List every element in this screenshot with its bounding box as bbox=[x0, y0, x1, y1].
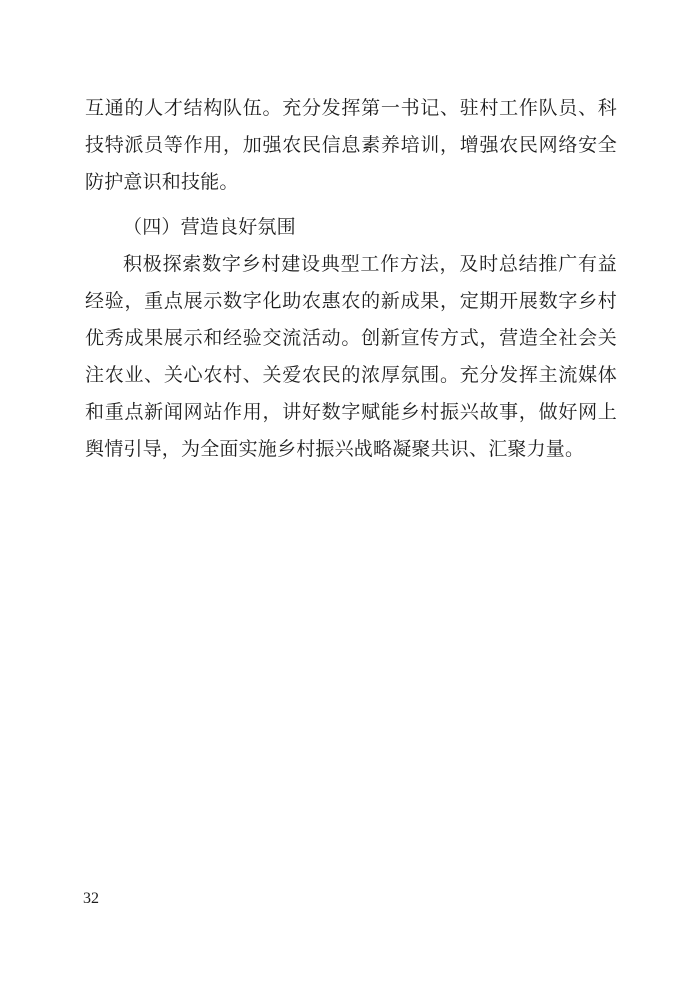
section-heading: （四）营造良好氛围 bbox=[85, 209, 617, 246]
paragraph-body: 积极探索数字乡村建设典型工作方法，及时总结推广有益经验，重点展示数字化助农惠农的… bbox=[85, 246, 617, 468]
document-page: 互通的人才结构队伍。充分发挥第一书记、驻村工作队员、科技特派员等作用，加强农民信… bbox=[0, 0, 700, 990]
text-block: 互通的人才结构队伍。充分发挥第一书记、驻村工作队员、科技特派员等作用，加强农民信… bbox=[85, 90, 617, 468]
paragraph-continuation: 互通的人才结构队伍。充分发挥第一书记、驻村工作队员、科技特派员等作用，加强农民信… bbox=[85, 90, 617, 201]
page-number: 32 bbox=[83, 889, 99, 909]
